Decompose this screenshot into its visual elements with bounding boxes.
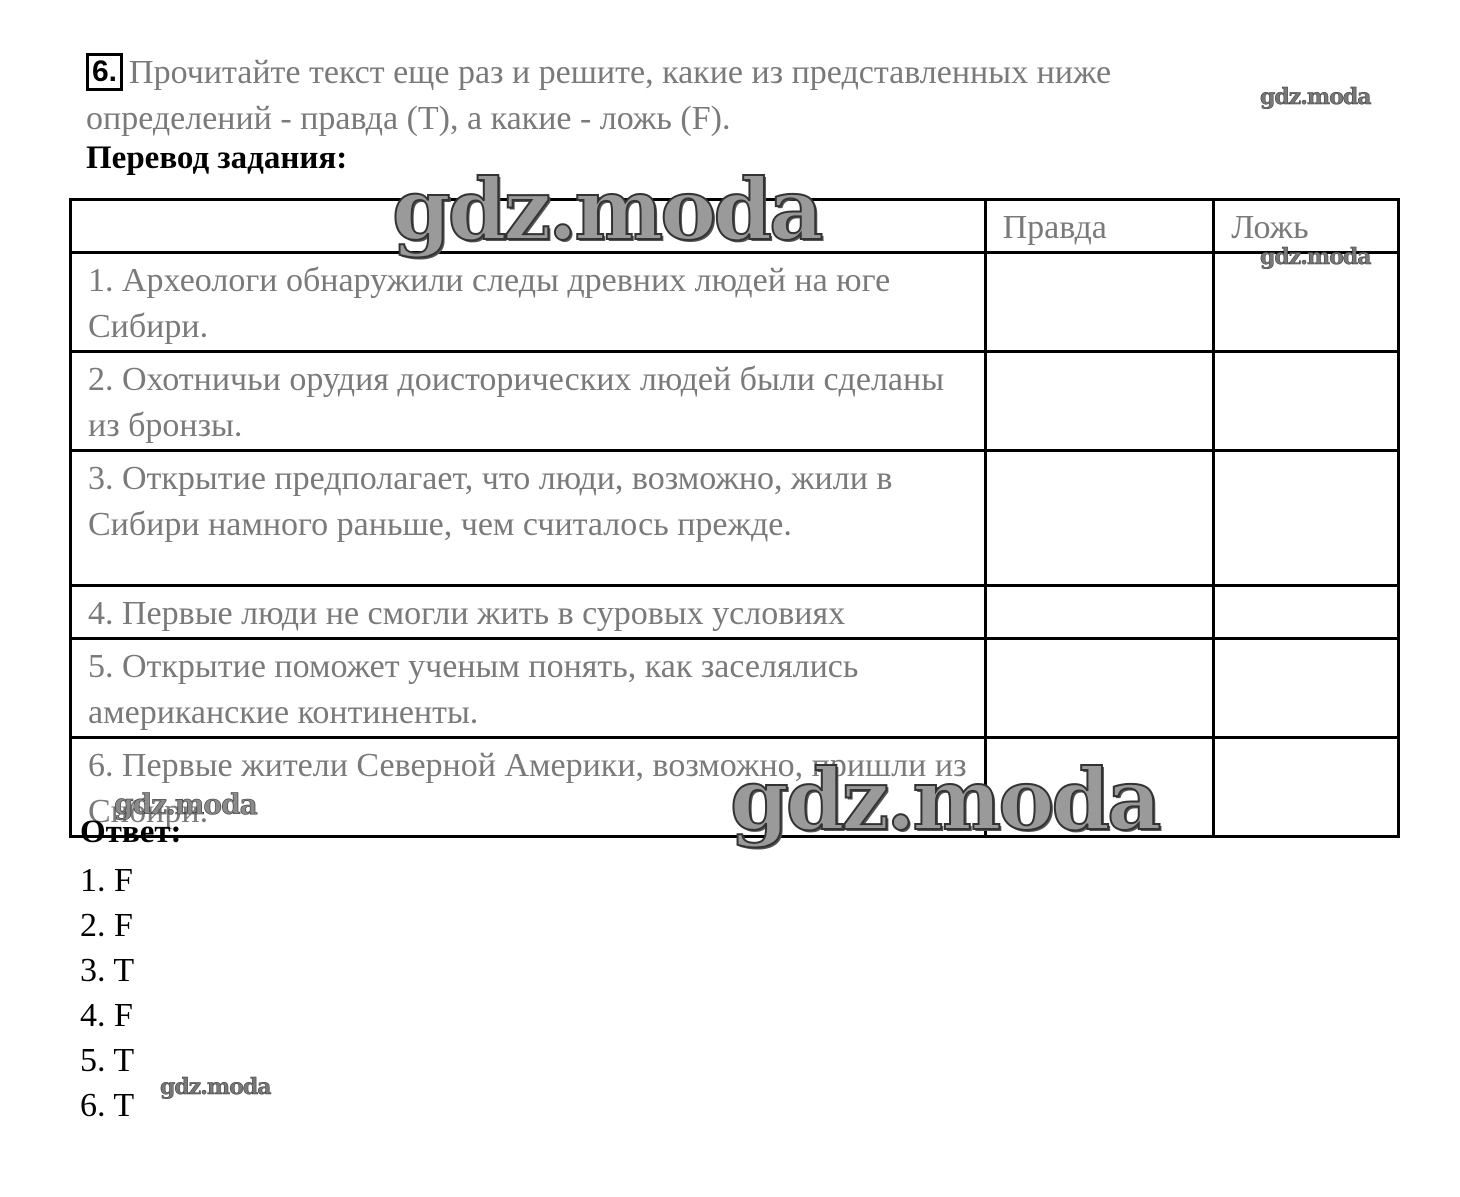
statement-cell: 1. Археологи обнаружили следы древних лю… bbox=[71, 253, 986, 352]
false-cell bbox=[1214, 451, 1399, 586]
false-cell bbox=[1214, 586, 1399, 639]
task-text: Прочитайте текст еще раз и решите, какие… bbox=[86, 54, 1111, 137]
header-true: Правда bbox=[985, 200, 1214, 253]
true-cell bbox=[985, 352, 1214, 451]
true-false-table: Правда Ложь 1. Археологи обнаружили след… bbox=[69, 198, 1400, 838]
statement-cell: 4. Первые люди не смогли жить в суровых … bbox=[71, 586, 986, 639]
task-number: 6. bbox=[86, 53, 123, 91]
watermark: gdz.moda bbox=[1260, 84, 1371, 110]
watermark: gdz.moda bbox=[392, 160, 820, 259]
true-cell bbox=[985, 586, 1214, 639]
answer-item: 3. T bbox=[80, 948, 134, 993]
table-row: 1. Археологи обнаружили следы древних лю… bbox=[71, 253, 1399, 352]
watermark: gdz.moda bbox=[160, 1074, 271, 1100]
watermark: gdz.moda bbox=[730, 750, 1158, 849]
task-instruction: 6.Прочитайте текст еще раз и решите, как… bbox=[86, 50, 1286, 142]
false-cell bbox=[1214, 639, 1399, 738]
false-cell bbox=[1214, 738, 1399, 837]
answer-item: 6. T bbox=[80, 1083, 134, 1128]
watermark: gdz.moda bbox=[114, 788, 257, 821]
statement-cell: 2. Охотничьи орудия доисторических людей… bbox=[71, 352, 986, 451]
answer-item: 1. F bbox=[80, 858, 134, 903]
true-cell bbox=[985, 253, 1214, 352]
table-row: 2. Охотничьи орудия доисторических людей… bbox=[71, 352, 1399, 451]
answer-list: 1. F 2. F 3. T 4. F 5. T 6. T bbox=[80, 858, 134, 1128]
false-cell bbox=[1214, 352, 1399, 451]
true-cell bbox=[985, 451, 1214, 586]
table-row: 3. Открытие предполагает, что люди, возм… bbox=[71, 451, 1399, 586]
table-row: 4. Первые люди не смогли жить в суровых … bbox=[71, 586, 1399, 639]
true-cell bbox=[985, 639, 1214, 738]
translation-heading: Перевод задания: bbox=[86, 140, 347, 177]
statement-cell: 3. Открытие предполагает, что люди, возм… bbox=[71, 451, 986, 586]
statement-cell: 5. Открытие поможет ученым понять, как з… bbox=[71, 639, 986, 738]
answer-item: 5. T bbox=[80, 1038, 134, 1083]
answer-item: 2. F bbox=[80, 903, 134, 948]
watermark: gdz.moda bbox=[1260, 244, 1371, 270]
answer-item: 4. F bbox=[80, 993, 134, 1038]
table-row: 5. Открытие поможет ученым понять, как з… bbox=[71, 639, 1399, 738]
